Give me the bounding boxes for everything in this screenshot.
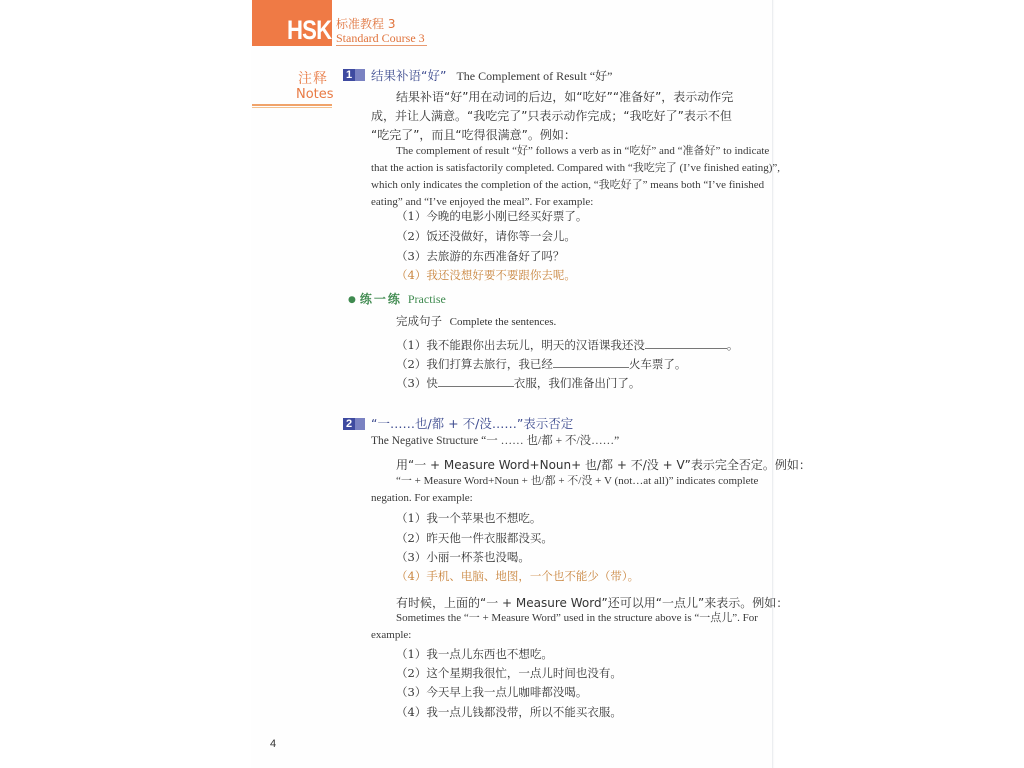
practise-item: （1）我不能跟你出去玩儿，明天的汉语课我还没。: [396, 336, 738, 353]
notes-divider: [252, 104, 332, 108]
section-title-cn: 结果补语“好”: [371, 68, 446, 83]
course-title-en: Standard Course 3: [336, 31, 427, 46]
answer-blank[interactable]: [645, 336, 727, 349]
notes-label-cn: 注释: [298, 68, 328, 88]
practise-item-text: 衣服，我们准备出门了。: [514, 376, 641, 390]
practise-heading: ●练一练Practise: [348, 290, 446, 307]
section-title: 结果补语“好”The Complement of Result “好”: [371, 66, 612, 84]
course-title-cn: 标准教程 3: [336, 17, 395, 31]
notes-label-en: Notes: [296, 87, 334, 102]
practise-item-text: （1）我不能跟你出去玩儿，明天的汉语课我还没: [396, 338, 645, 352]
example-sentence: （1）今晚的电影小刚已经买好票了。: [396, 208, 587, 224]
section-title-en: The Complement of Result “好”: [456, 69, 612, 83]
example-sentence-highlight: （4）手机、电脑、地图，一个也不能少（带）。: [396, 568, 639, 584]
explanation-en-line: negation. For example:: [371, 490, 473, 507]
example-sentence: （2）这个星期我很忙，一点儿时间也没有。: [396, 665, 622, 681]
explanation-cn-line: 结果补语“好”用在动词的后边，如“吃好”“准备好”，表示动作完: [396, 87, 733, 107]
explanation-en-line: The complement of result “好” follows a v…: [396, 143, 769, 160]
page-number: 4: [270, 738, 276, 750]
hsk-logo: HSK: [287, 16, 331, 44]
answer-blank[interactable]: [438, 374, 514, 387]
explanation-cn-line: “吃完了”，而且“吃得很满意”。例如：: [371, 125, 576, 145]
example-sentence: （2）昨天他一件衣服都没买。: [396, 530, 553, 546]
section-number-badge: 1: [343, 69, 365, 81]
practise-label-en: Practise: [408, 292, 446, 306]
extra-explanation-en-line: example:: [371, 627, 411, 644]
explanation-en-line: “一 + Measure Word+Noun + 也/都 + 不/没 + V (…: [396, 473, 758, 490]
example-sentence: （4）我一点儿钱都没带，所以不能买衣服。: [396, 704, 622, 720]
practise-item: （2）我们打算去旅行，我已经火车票了。: [396, 355, 686, 372]
page-edge: [772, 0, 774, 768]
section-number-badge: 2: [343, 418, 365, 430]
explanation-en-line: which only indicates the completion of t…: [371, 177, 764, 194]
section-title-en: The Negative Structure “一 …… 也/都 + 不/没………: [371, 433, 619, 450]
instruction-cn: 完成句子: [396, 314, 442, 328]
example-sentence: （1）我一点儿东西也不想吃。: [396, 646, 553, 662]
practise-item-text: 火车票了。: [629, 357, 687, 371]
practise-label-cn: 练一练: [360, 292, 402, 306]
practise-instruction: 完成句子 Complete the sentences.: [396, 311, 556, 332]
section-title-cn: “一……也/都 + 不/没……”表示否定: [371, 414, 573, 432]
example-sentence-highlight: （4）我还没想好要不要跟你去呢。: [396, 267, 576, 283]
explanation-cn-line: 用“一 + Measure Word+Noun+ 也/都 + 不/没 + V”表…: [396, 455, 811, 475]
example-sentence: （3）小丽一杯茶也没喝。: [396, 549, 530, 565]
example-sentence: （1）我一个苹果也不想吃。: [396, 510, 541, 526]
example-sentence: （2）饭还没做好，请你等一会儿。: [396, 228, 576, 244]
example-sentence: （3）去旅游的东西准备好了吗？: [396, 248, 564, 264]
extra-explanation-en-line: Sometimes the “一 + Measure Word” used in…: [396, 610, 758, 627]
explanation-cn-line: 成，并让人满意。“我吃完了”只表示动作完成；“我吃好了”表示不但: [371, 106, 732, 126]
answer-blank[interactable]: [553, 355, 629, 368]
instruction-en: Complete the sentences.: [450, 316, 557, 328]
bullet-icon: ●: [348, 295, 356, 305]
example-sentence: （3）今天早上我一点儿咖啡都没喝。: [396, 684, 587, 700]
practise-item: （3）快衣服，我们准备出门了。: [396, 374, 640, 391]
practise-item-text: 。: [727, 338, 739, 352]
practise-item-text: （3）快: [396, 376, 438, 390]
practise-item-text: （2）我们打算去旅行，我已经: [396, 357, 553, 371]
explanation-en-line: that the action is satisfactorily comple…: [371, 160, 780, 177]
